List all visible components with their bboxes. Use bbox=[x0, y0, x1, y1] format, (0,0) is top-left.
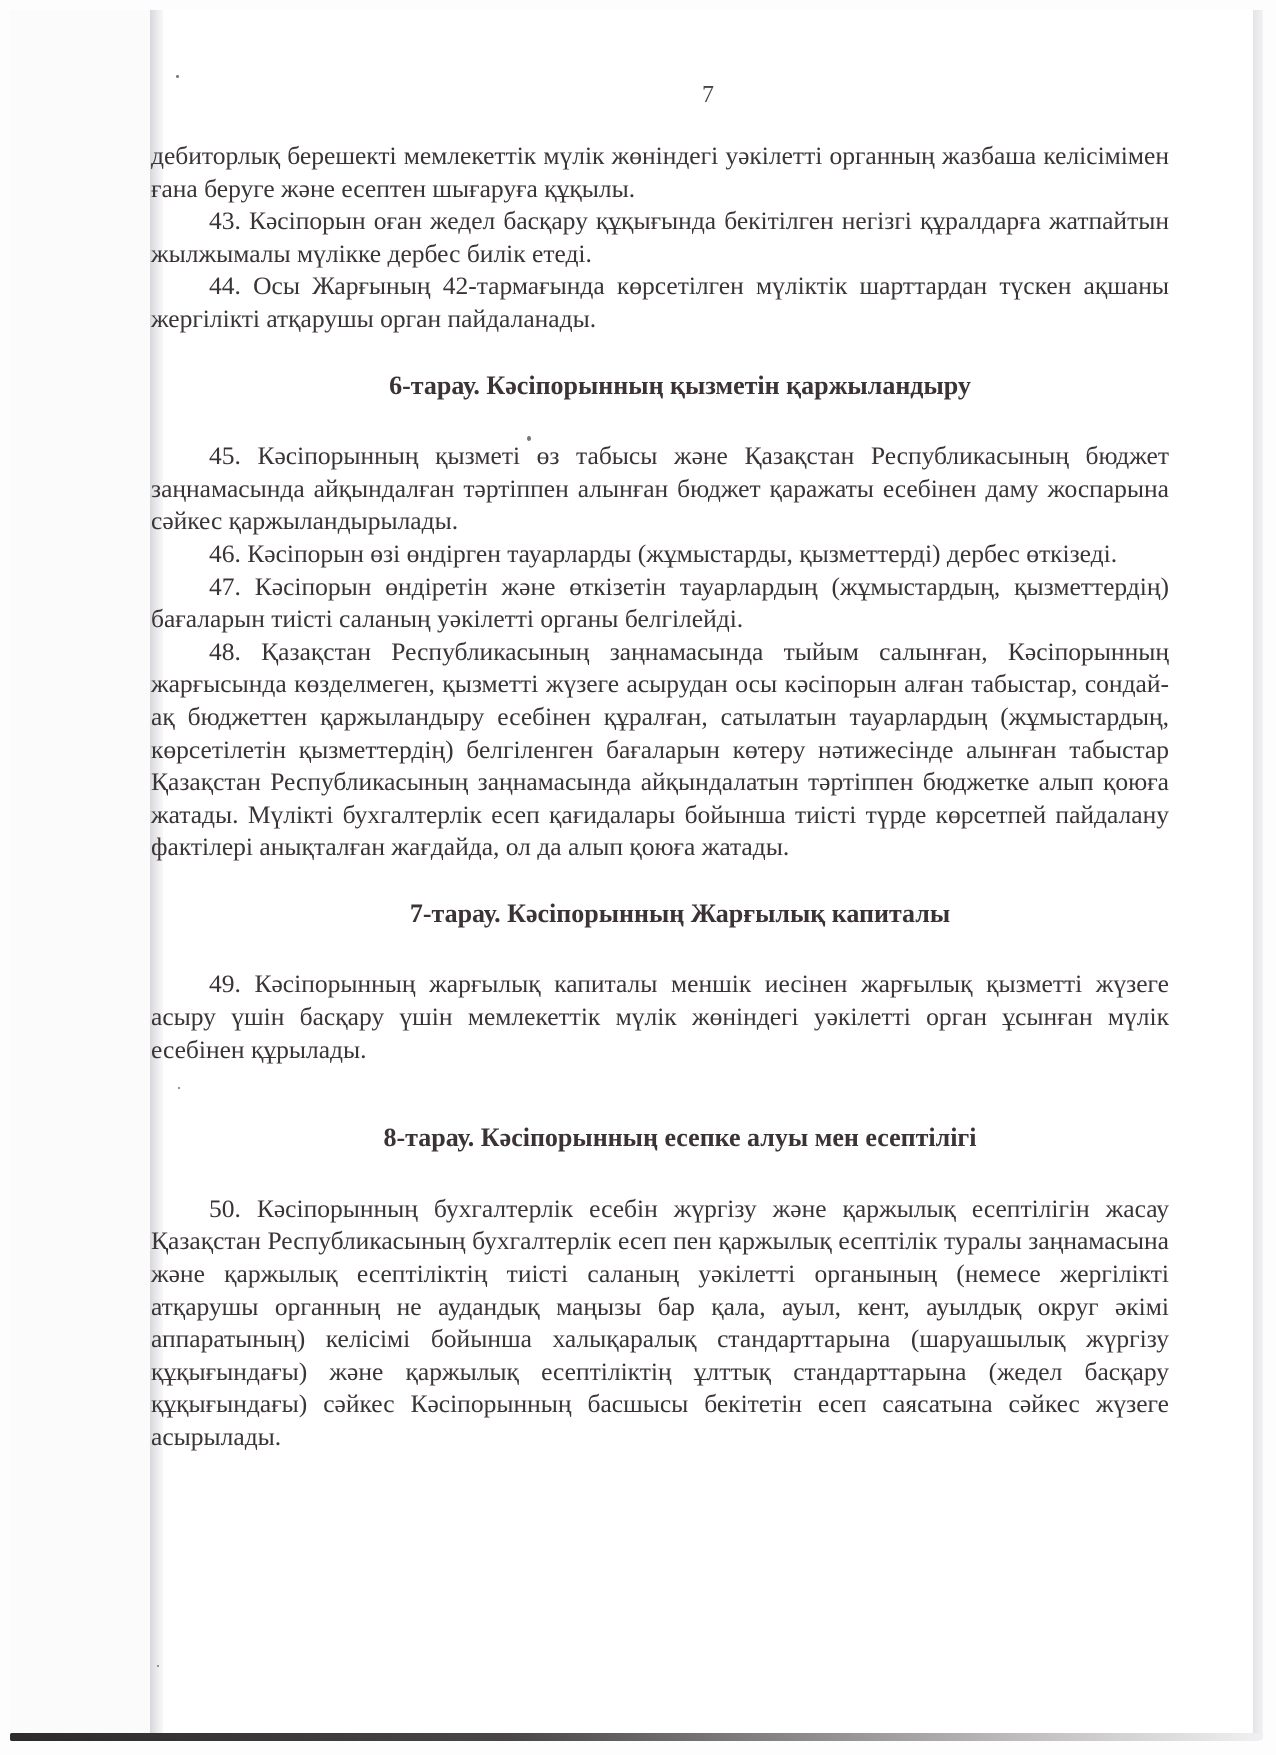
scan-speck bbox=[176, 75, 179, 78]
paragraph-42-continuation: дебиторлық берешекті мемлекеттік мүлік ж… bbox=[151, 140, 1169, 205]
paragraph-48: 48. Қазақстан Республикасының заңнамасын… bbox=[151, 636, 1169, 864]
section-heading-7: 7-тарау. Кәсіпорынның Жарғылық капиталы bbox=[151, 898, 1169, 931]
page-number: 7 bbox=[163, 82, 1253, 109]
paragraph-50: 50. Кәсіпорынның бухгалтерлік есебін жүр… bbox=[151, 1193, 1169, 1454]
document-body: дебиторлық берешекті мемлекеттік мүлік ж… bbox=[151, 140, 1169, 1454]
scan-speck bbox=[178, 1087, 180, 1089]
scan-speck bbox=[157, 1665, 159, 1667]
paragraph-46: 46. Кәсіпорын өзі өндірген тауарларды (ж… bbox=[151, 538, 1169, 571]
paragraph-47: 47. Кәсіпорын өндіретін және өткізетін т… bbox=[151, 571, 1169, 636]
left-margin-bleed bbox=[10, 10, 152, 1735]
section-heading-8: 8-тарау. Кәсіпорынның есепке алуы мен ес… bbox=[151, 1122, 1169, 1155]
paragraph-45: 45. Кәсіпорынның қызметі өз табысы және … bbox=[151, 440, 1169, 538]
scan-speck bbox=[527, 436, 531, 441]
right-page-edge bbox=[1253, 10, 1263, 1740]
document-page: 7 дебиторлық берешекті мемлекеттік мүлік… bbox=[163, 10, 1253, 1733]
section-heading-6: 6-тарау. Кәсіпорынның қызметін қаржыланд… bbox=[151, 370, 1169, 403]
paragraph-44: 44. Осы Жарғының 42-тармағында көрсетілг… bbox=[151, 270, 1169, 335]
bottom-scan-edge bbox=[10, 1733, 1260, 1741]
paragraph-49: 49. Кәсіпорынның жарғылық капиталы менші… bbox=[151, 968, 1169, 1066]
paragraph-43: 43. Кәсіпорын оған жедел басқару құқығын… bbox=[151, 205, 1169, 270]
